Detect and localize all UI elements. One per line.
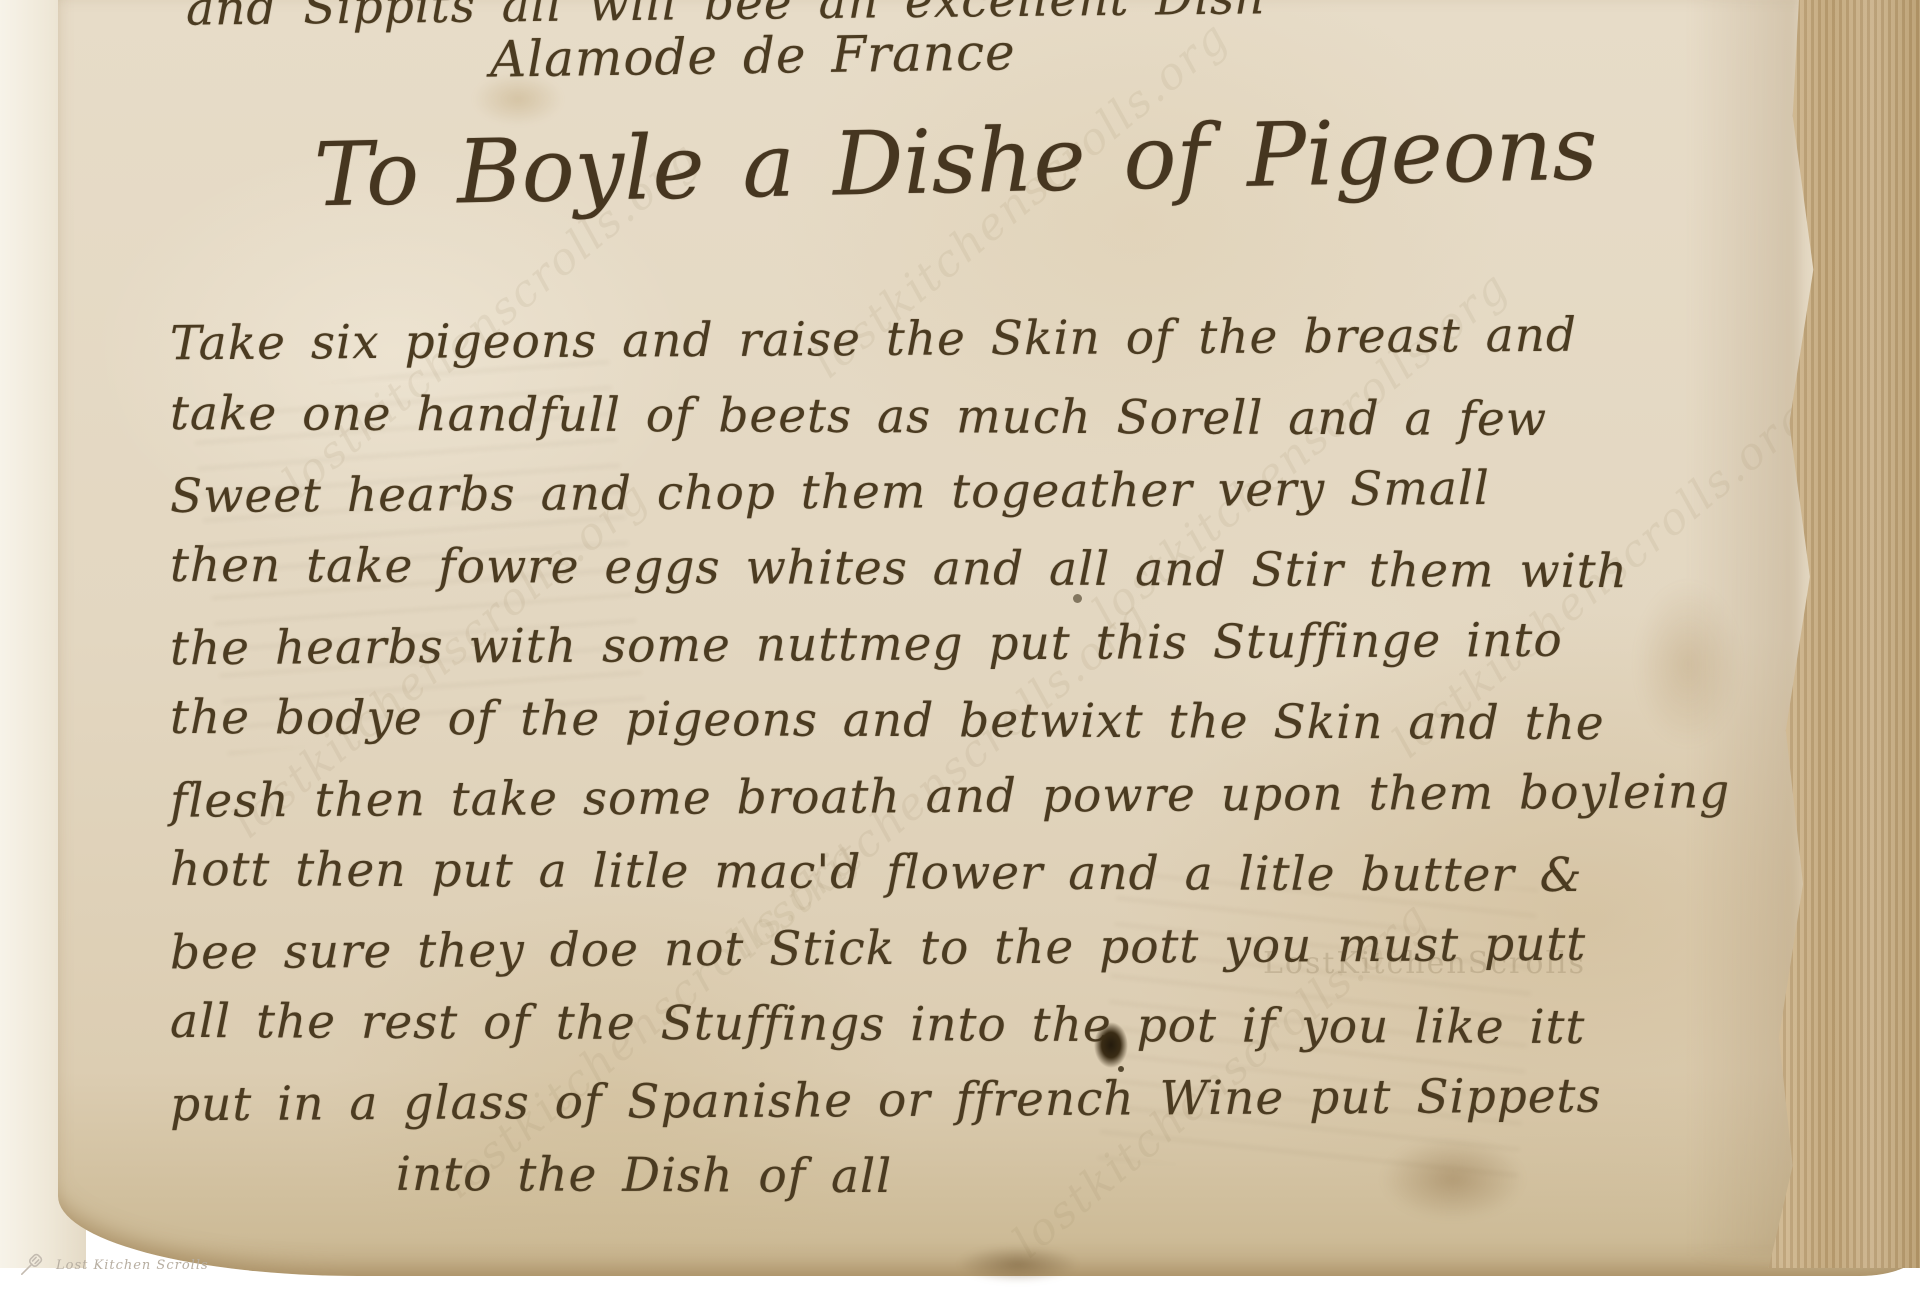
ink-speck: [1106, 1079, 1110, 1083]
site-logo: Lost Kitchen Scrolls: [16, 1250, 209, 1280]
site-logo-label: Lost Kitchen Scrolls: [56, 1258, 209, 1273]
manuscript-page: lostkitchenscrolls.org lostkitchenscroll…: [58, 0, 1920, 1276]
paper-stain: [1358, 1124, 1548, 1234]
spatula-icon: [16, 1250, 46, 1280]
manuscript-line: put in a glass of Spanishe or ffrench Wi…: [170, 1067, 1602, 1136]
ink-speck: [1073, 594, 1082, 603]
manuscript-line: then take fowre eggs whites and all and …: [170, 536, 1628, 602]
manuscript-line: the hearbs with some nuttmeg put this St…: [170, 611, 1563, 680]
previous-recipe-subheading: Alamode de France: [490, 23, 1016, 88]
manuscript-line: into the Dish of all: [396, 1145, 892, 1207]
manuscript-line: Sweet hearbs and chop them togeather ver…: [170, 459, 1490, 527]
manuscript-line: Take six pigeons and raise the Skin of t…: [170, 306, 1577, 375]
manuscript-line: the bodye of the pigeons and betwixt the…: [170, 688, 1605, 754]
manuscript-photo: lostkitchenscrolls.org lostkitchenscroll…: [0, 0, 1920, 1296]
manuscript-line: take one handfull of beets as much Sorel…: [170, 384, 1547, 450]
manuscript-line: all the rest of the Stuffings into the p…: [170, 992, 1586, 1058]
recipe-title: To Boyle a Dishe of Pigeons: [313, 97, 1598, 227]
manuscript-line: flesh then take some broath and powre up…: [170, 762, 1731, 832]
manuscript-line: hott then put a litle mac'd flower and a…: [170, 840, 1583, 906]
manuscript-line: bee sure they doe not Stick to the pott …: [170, 915, 1587, 984]
paper-stain: [938, 1239, 1098, 1289]
ink-speck: [1118, 1066, 1124, 1072]
ink-blot: [1094, 1022, 1128, 1068]
